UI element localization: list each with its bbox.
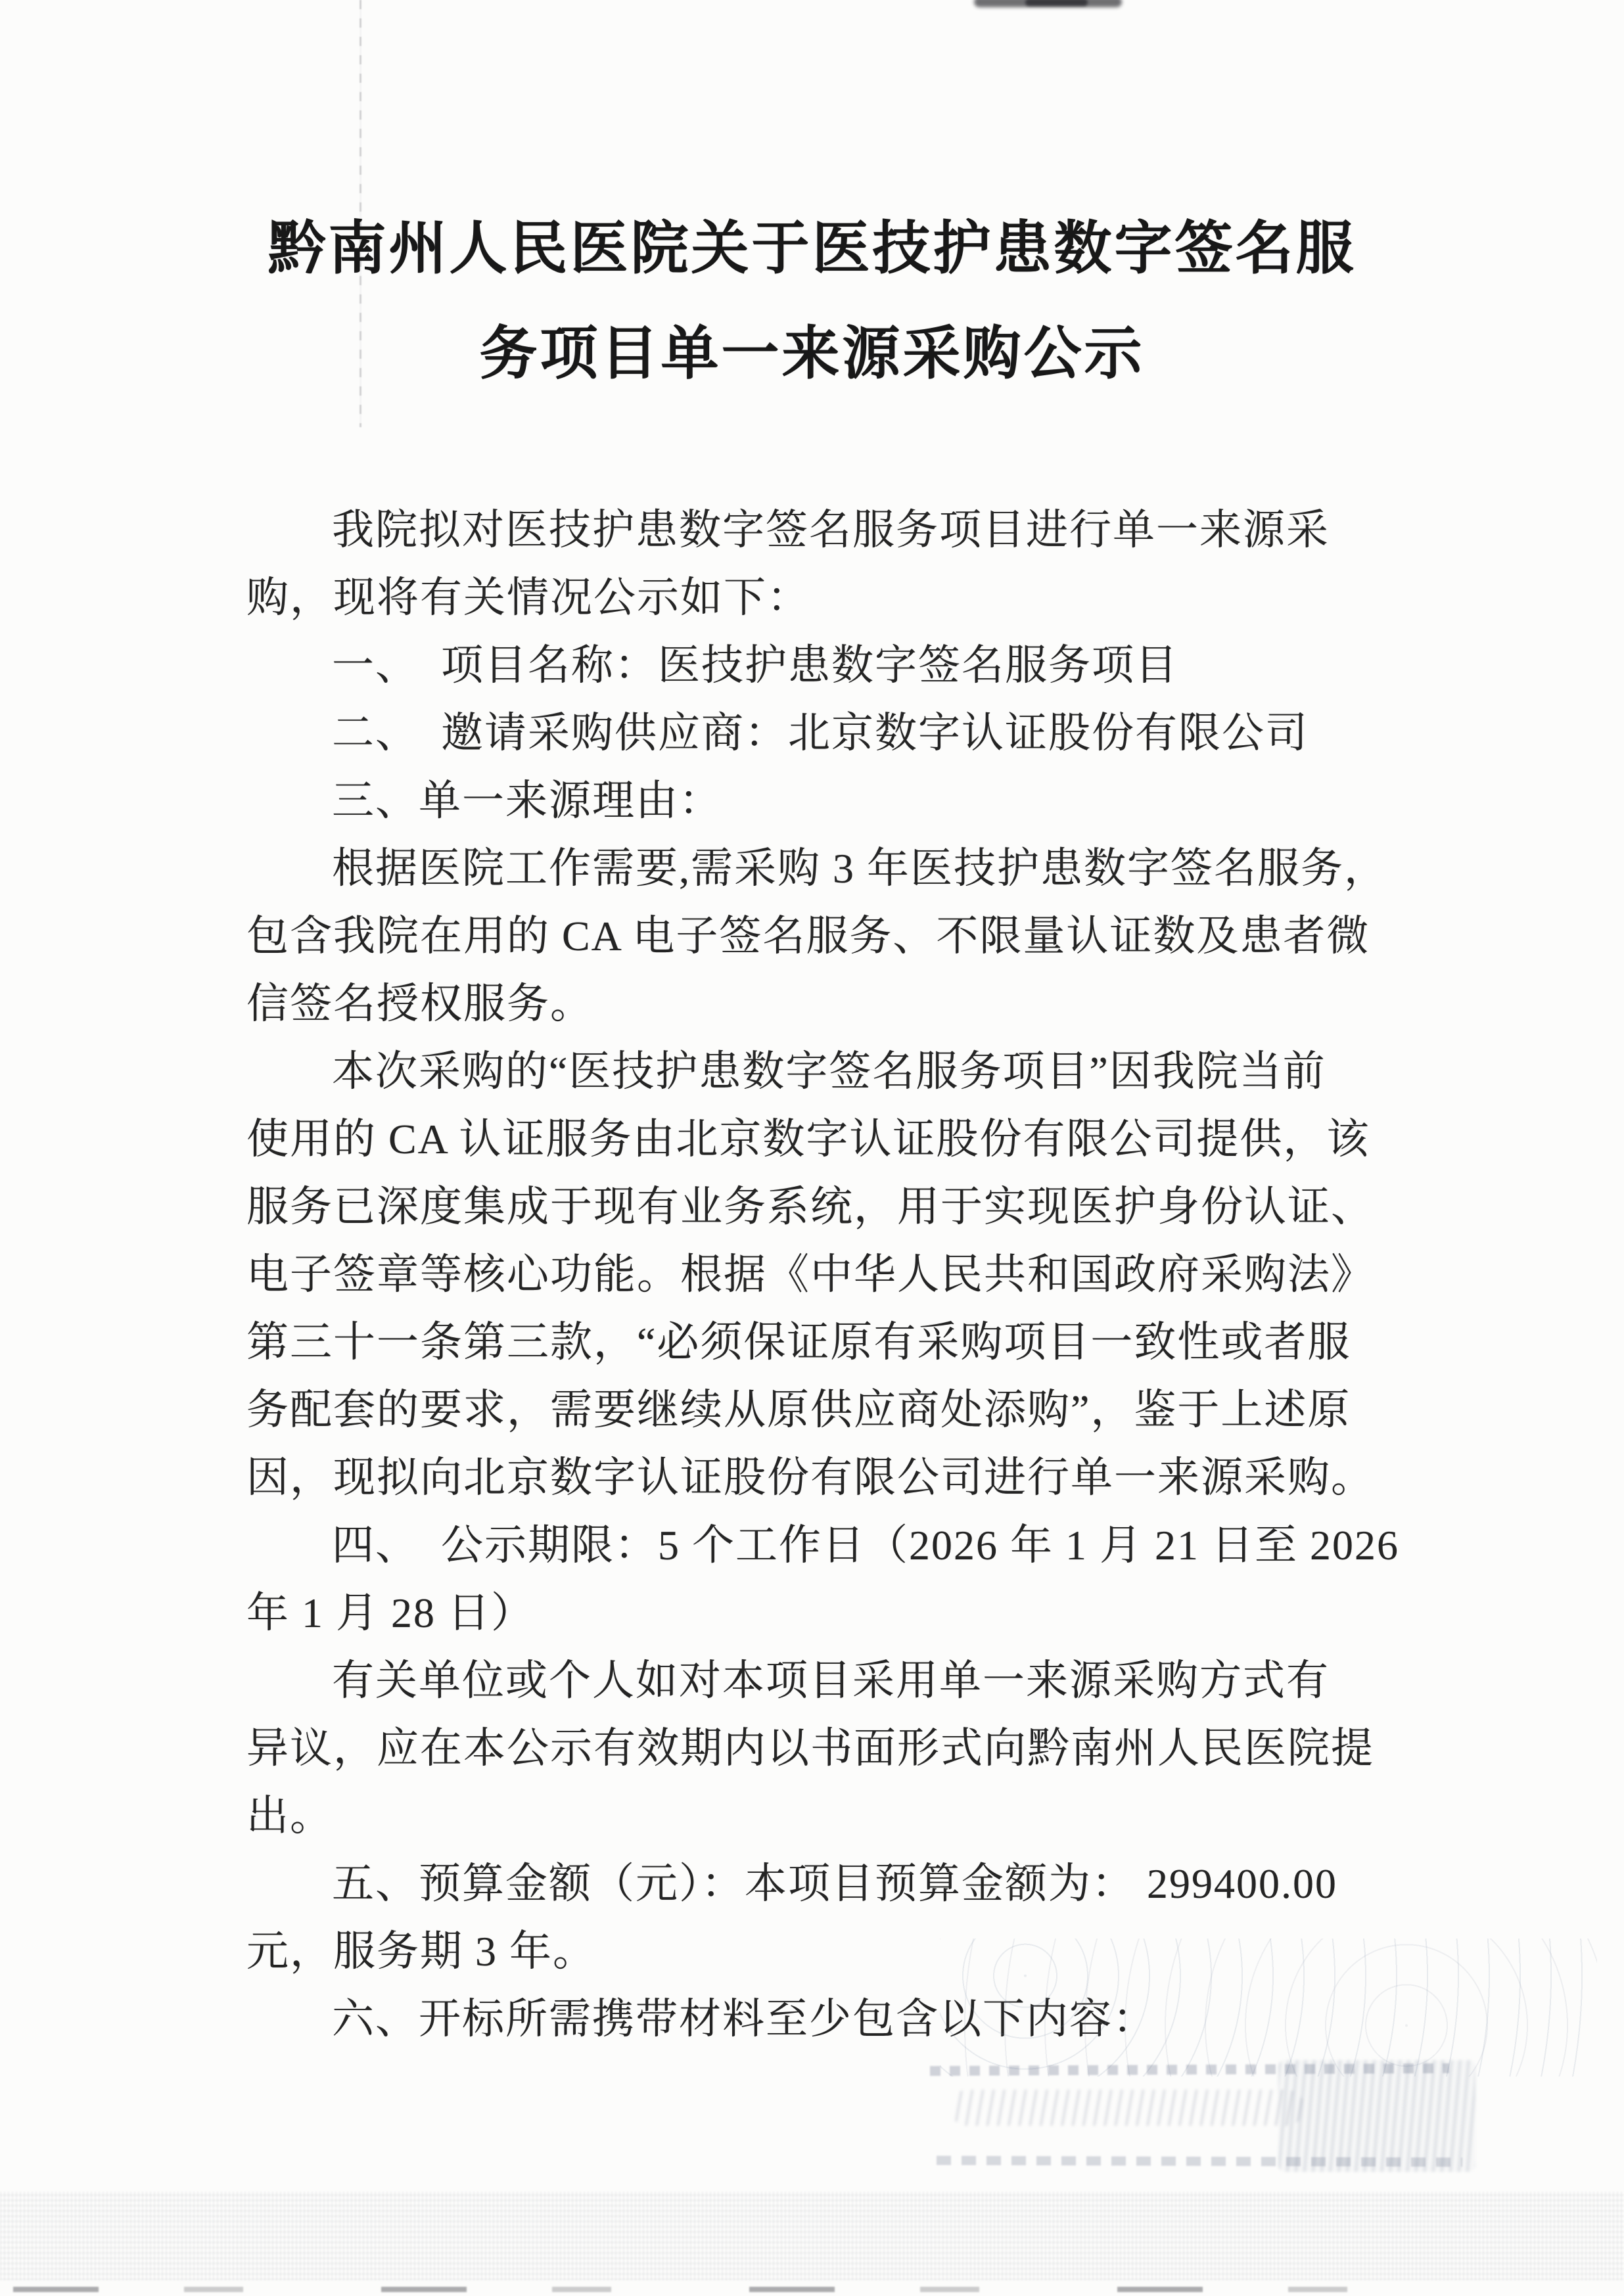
- bleed-through-stamp-artifact: [1278, 2060, 1475, 2172]
- body-line: 我院拟对医技护患数字签名服务项目进行单一来源采: [246, 496, 1406, 564]
- body-line: 务配套的要求，需要继续从原供应商处添购”，鉴于上述原: [246, 1376, 1406, 1444]
- body-line: 本次采购的“医技护患数字签名服务项目”因我院当前: [246, 1038, 1406, 1105]
- scan-speckle-artifact: [940, 1939, 1597, 2077]
- body-line: 服务已深度集成于现有业务系统，用于实现医护身份认证、: [246, 1173, 1406, 1241]
- body-line: 三、单一来源理由：: [246, 767, 1406, 835]
- body-line: 因，现拟向北京数字认证股份有限公司进行单一来源采购。: [246, 1444, 1406, 1511]
- body-line: 根据医院工作需要,需采购 3 年医技护患数字签名服务，: [246, 835, 1406, 902]
- body-line: 一、 项目名称：医技护患数字签名服务项目: [246, 631, 1406, 699]
- body-line: 信签名授权服务。: [246, 970, 1406, 1038]
- scan-smudge-artifact: [1025, 0, 1088, 6]
- scanned-document-page: 黔南州人民医院关于医技护患数字签名服 务项目单一来源采购公示 我院拟对医技护患数…: [0, 0, 1624, 2296]
- scan-noise-band-artifact: [0, 2192, 1624, 2280]
- title-line-1: 黔南州人民医院关于医技护患数字签名服: [0, 197, 1624, 302]
- body-line: 购，现将有关情况公示如下：: [246, 564, 1406, 631]
- body-line: 有关单位或个人如对本项目采用单一来源采购方式有: [246, 1647, 1406, 1714]
- body-line: 使用的 CA 认证服务由北京数字认证股份有限公司提供，该: [246, 1105, 1406, 1173]
- body-line: 异议，应在本公示有效期内以书面形式向黔南州人民医院提: [246, 1714, 1406, 1782]
- body-line: 第三十一条第三款，“必须保证原有采购项目一致性或者服: [246, 1308, 1406, 1376]
- body-line: 出。: [246, 1782, 1406, 1850]
- body-line: 四、 公示期限：5 个工作日（2026 年 1 月 21 日至 2026: [246, 1511, 1406, 1579]
- body-line: 二、 邀请采购供应商：北京数字认证股份有限公司: [246, 699, 1406, 767]
- document-title: 黔南州人民医院关于医技护患数字签名服 务项目单一来源采购公示: [0, 197, 1624, 407]
- bleed-through-text-artifact: [937, 2156, 1462, 2167]
- document-body: 我院拟对医技护患数字签名服务项目进行单一来源采购，现将有关情况公示如下：一、 项…: [246, 496, 1406, 2053]
- bleed-through-text-artifact: [950, 2090, 1305, 2126]
- body-line: 包含我院在用的 CA 电子签名服务、不限量认证数及患者微: [246, 902, 1406, 970]
- scan-edge-artifact: [13, 2287, 1479, 2292]
- body-line: 年 1 月 28 日）: [246, 1579, 1406, 1647]
- title-line-2: 务项目单一来源采购公示: [0, 302, 1624, 407]
- body-line: 五、预算金额（元）：本项目预算金额为： 299400.00: [246, 1850, 1406, 1917]
- body-line: 电子签章等核心功能。根据《中华人民共和国政府采购法》: [246, 1241, 1406, 1308]
